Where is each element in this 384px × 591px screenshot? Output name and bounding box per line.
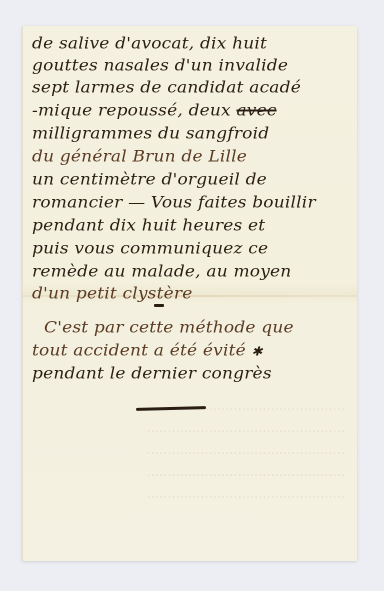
- closing-line-2-text: tout accident a été évité: [32, 341, 246, 360]
- text-line-1: de salive d'avocat, dix huit: [32, 34, 267, 53]
- text-line-6: du général Brun de Lille: [32, 147, 247, 166]
- closing-line-3: pendant le dernier congrès: [32, 364, 272, 383]
- bleed-line: ........................................…: [62, 484, 345, 506]
- struck-word: avec: [236, 101, 276, 120]
- closing-line-2: tout accident a été évité ✱: [32, 341, 263, 360]
- text-line-10: puis vous communiquez ce: [32, 239, 268, 258]
- text-line-5: milligrammes du sangfroid: [32, 124, 269, 143]
- text-line-12: d'un petit clystère: [32, 284, 192, 303]
- text-line-7: un centimètre d'orgueil de: [32, 170, 267, 189]
- manuscript-page: ........................................…: [22, 26, 357, 561]
- text-line-4: -mique repoussé, deux avec: [32, 101, 277, 120]
- bleed-line: ........................................…: [62, 462, 345, 484]
- text-line-2: gouttes nasales d'un invalide: [32, 56, 288, 75]
- section-mark: [154, 304, 164, 307]
- asterisk-mark: ✱: [252, 345, 263, 359]
- bleed-line: ........................................…: [62, 440, 345, 462]
- bleed-line: ........................................…: [62, 418, 345, 440]
- text-line-8: romancier — Vous faites bouillir: [32, 193, 316, 212]
- text-line-9: pendant dix huit heures et: [32, 216, 265, 235]
- text-line-11: remède au malade, au moyen: [32, 262, 291, 281]
- closing-line-1: C'est par cette méthode que: [44, 318, 294, 337]
- text-line-3: sept larmes de candidat acadé: [32, 78, 301, 97]
- text-line-4-main: -mique repoussé, deux: [32, 101, 231, 120]
- bleed-through-text: ........................................…: [62, 396, 345, 506]
